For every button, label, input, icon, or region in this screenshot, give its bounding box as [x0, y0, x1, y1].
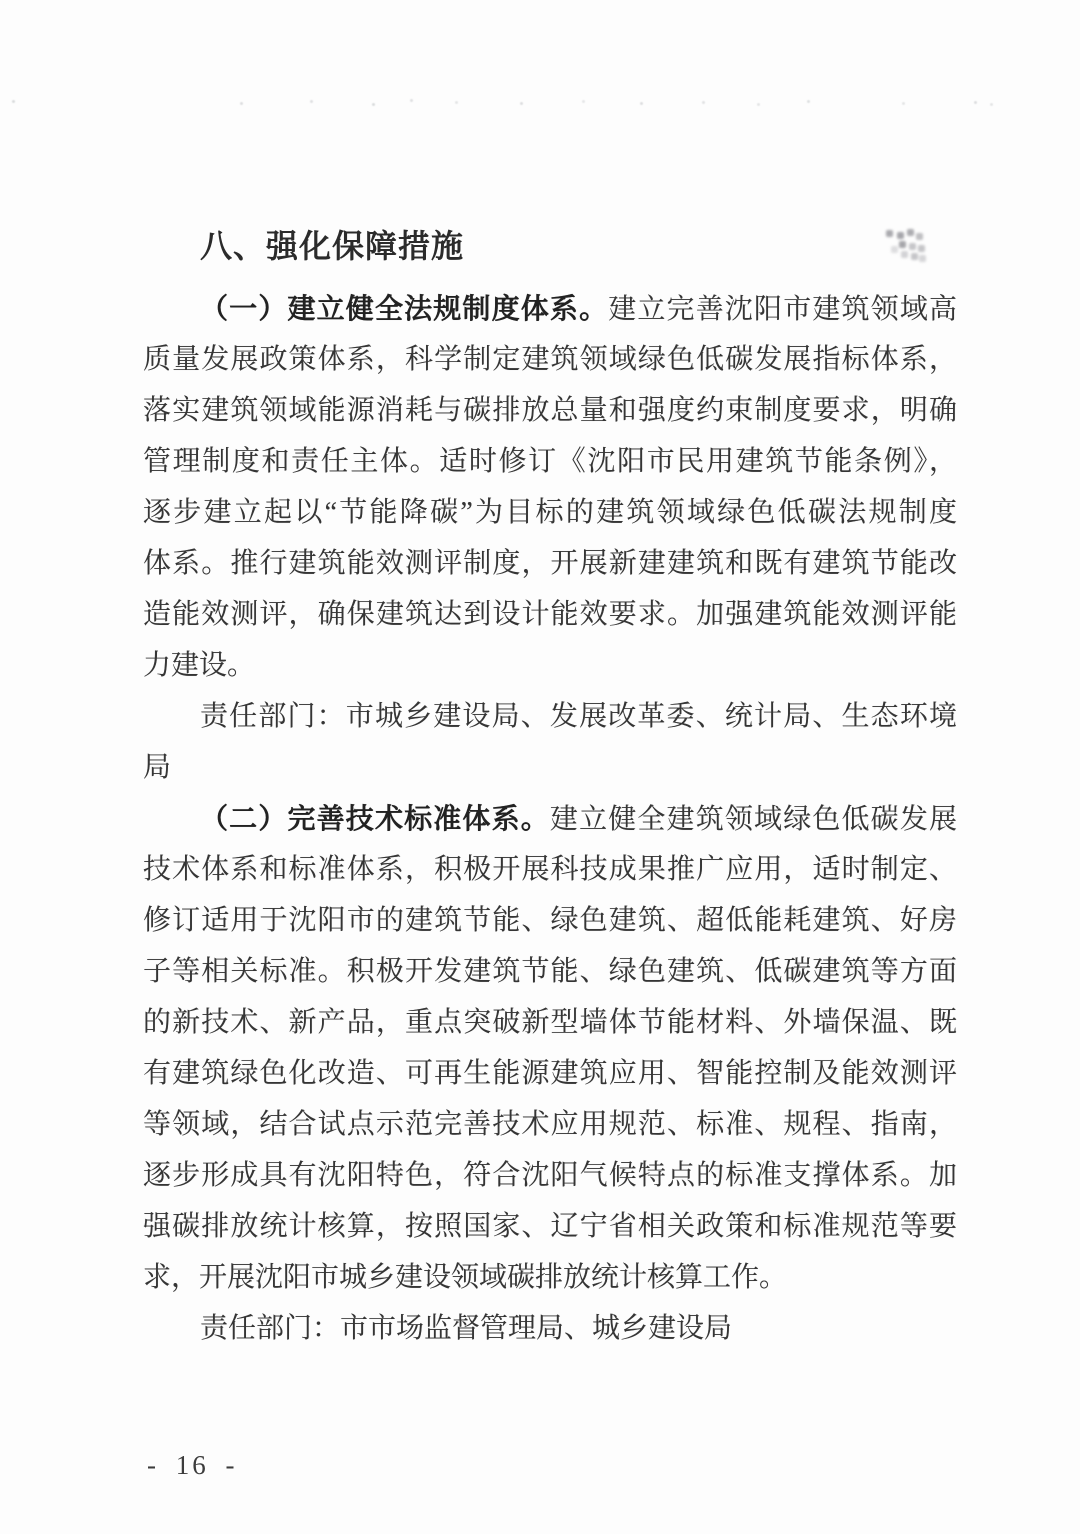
text-line: 的新技术、新产品，重点突破新型墙体节能材料、外墙保温、既: [143, 997, 957, 1048]
line-text: 质量发展政策体系，科学制定建筑领域绿色低碳发展指标体系，: [143, 344, 957, 375]
text-line: 体系。推行建筑能效测评制度，开展新建建筑和既有建筑节能改: [143, 538, 957, 589]
line-text: 强碳排放统计核算，按照国家、辽宁省相关政策和标准规范等要: [143, 1211, 957, 1242]
text-line: 逐步建立起以“节能降碳”为目标的建筑领域绿色低碳法规制度: [143, 487, 957, 538]
text-line: 求，开展沈阳市城乡建设领域碳排放统计核算工作。: [143, 1252, 957, 1303]
text-line: 造能效测评，确保建筑达到设计能效要求。加强建筑能效测评能: [143, 589, 957, 640]
text-line: 力建设。: [143, 640, 957, 691]
text-line: 责任部门：市市场监督管理局、城乡建设局: [143, 1303, 957, 1354]
line-text: 落实建筑领域能源消耗与碳排放总量和强度约束制度要求，明确: [143, 395, 957, 426]
line-text: 责任部门：市城乡建设局、发展改革委、统计局、生态环境: [200, 701, 957, 732]
line-text: 技术体系和标准体系，积极开展科技成果推广应用，适时制定、: [143, 854, 957, 885]
text-line: 逐步形成具有沈阳特色，符合沈阳气候特点的标准支撑体系。加: [143, 1150, 957, 1201]
line-text: 建立完善沈阳市建筑领域高: [608, 294, 957, 325]
line-text: 力建设。: [143, 650, 255, 681]
page-number: - 16 -: [147, 1450, 237, 1481]
body-lines: （一）建立健全法规制度体系。建立完善沈阳市建筑领域高质量发展政策体系，科学制定建…: [143, 283, 957, 1354]
line-text: 体系。推行建筑能效测评制度，开展新建建筑和既有建筑节能改: [143, 548, 957, 579]
line-text: 的新技术、新产品，重点突破新型墙体节能材料、外墙保温、既: [143, 1007, 957, 1038]
scan-noise-dots: [12, 100, 15, 103]
line-text: 造能效测评，确保建筑达到设计能效要求。加强建筑能效测评能: [143, 599, 957, 630]
text-line: 落实建筑领域能源消耗与碳排放总量和强度约束制度要求，明确: [143, 385, 957, 436]
bold-lead: （一）建立健全法规制度体系。: [200, 293, 608, 324]
text-line: （一）建立健全法规制度体系。建立完善沈阳市建筑领域高: [143, 283, 957, 334]
text-line: 局: [143, 742, 957, 793]
section-heading: 八、强化保障措施: [143, 226, 957, 283]
line-text: 管理制度和责任主体。适时修订《沈阳市民用建筑节能条例》，: [143, 446, 957, 477]
text-line: 有建筑绿色化改造、可再生能源建筑应用、智能控制及能效测评: [143, 1048, 957, 1099]
text-line: 等领域，结合试点示范完善技术应用规范、标准、规程、指南，: [143, 1099, 957, 1150]
text-line: 质量发展政策体系，科学制定建筑领域绿色低碳发展指标体系，: [143, 334, 957, 385]
text-line: 管理制度和责任主体。适时修订《沈阳市民用建筑节能条例》，: [143, 436, 957, 487]
line-text: 局: [143, 752, 171, 783]
line-text: 逐步形成具有沈阳特色，符合沈阳气候特点的标准支撑体系。加: [143, 1160, 957, 1191]
line-text: 建立健全建筑领域绿色低碳发展: [550, 804, 957, 835]
text-line: 责任部门：市城乡建设局、发展改革委、统计局、生态环境: [143, 691, 957, 742]
line-text: 等领域，结合试点示范完善技术应用规范、标准、规程、指南，: [143, 1109, 957, 1140]
line-text: 责任部门：市市场监督管理局、城乡建设局: [200, 1313, 732, 1344]
text-line: （二）完善技术标准体系。建立健全建筑领域绿色低碳发展: [143, 793, 957, 844]
line-text: 子等相关标准。积极开发建筑节能、绿色建筑、低碳建筑等方面: [143, 956, 957, 987]
text-line: 子等相关标准。积极开发建筑节能、绿色建筑、低碳建筑等方面: [143, 946, 957, 997]
bold-lead: （二）完善技术标准体系。: [200, 803, 550, 834]
line-text: 修订适用于沈阳市的建筑节能、绿色建筑、超低能耗建筑、好房: [143, 905, 957, 936]
line-text: 有建筑绿色化改造、可再生能源建筑应用、智能控制及能效测评: [143, 1058, 957, 1089]
line-text: 求，开展沈阳市城乡建设领域碳排放统计核算工作。: [143, 1262, 787, 1293]
text-line: 强碳排放统计核算，按照国家、辽宁省相关政策和标准规范等要: [143, 1201, 957, 1252]
document-page: 八、强化保障措施 （一）建立健全法规制度体系。建立完善沈阳市建筑领域高质量发展政…: [0, 0, 1080, 1534]
text-line: 修订适用于沈阳市的建筑节能、绿色建筑、超低能耗建筑、好房: [143, 895, 957, 946]
document-content: 八、强化保障措施 （一）建立健全法规制度体系。建立完善沈阳市建筑领域高质量发展政…: [143, 226, 957, 1354]
line-text: 逐步建立起以“节能降碳”为目标的建筑领域绿色低碳法规制度: [143, 497, 957, 528]
text-line: 技术体系和标准体系，积极开展科技成果推广应用，适时制定、: [143, 844, 957, 895]
